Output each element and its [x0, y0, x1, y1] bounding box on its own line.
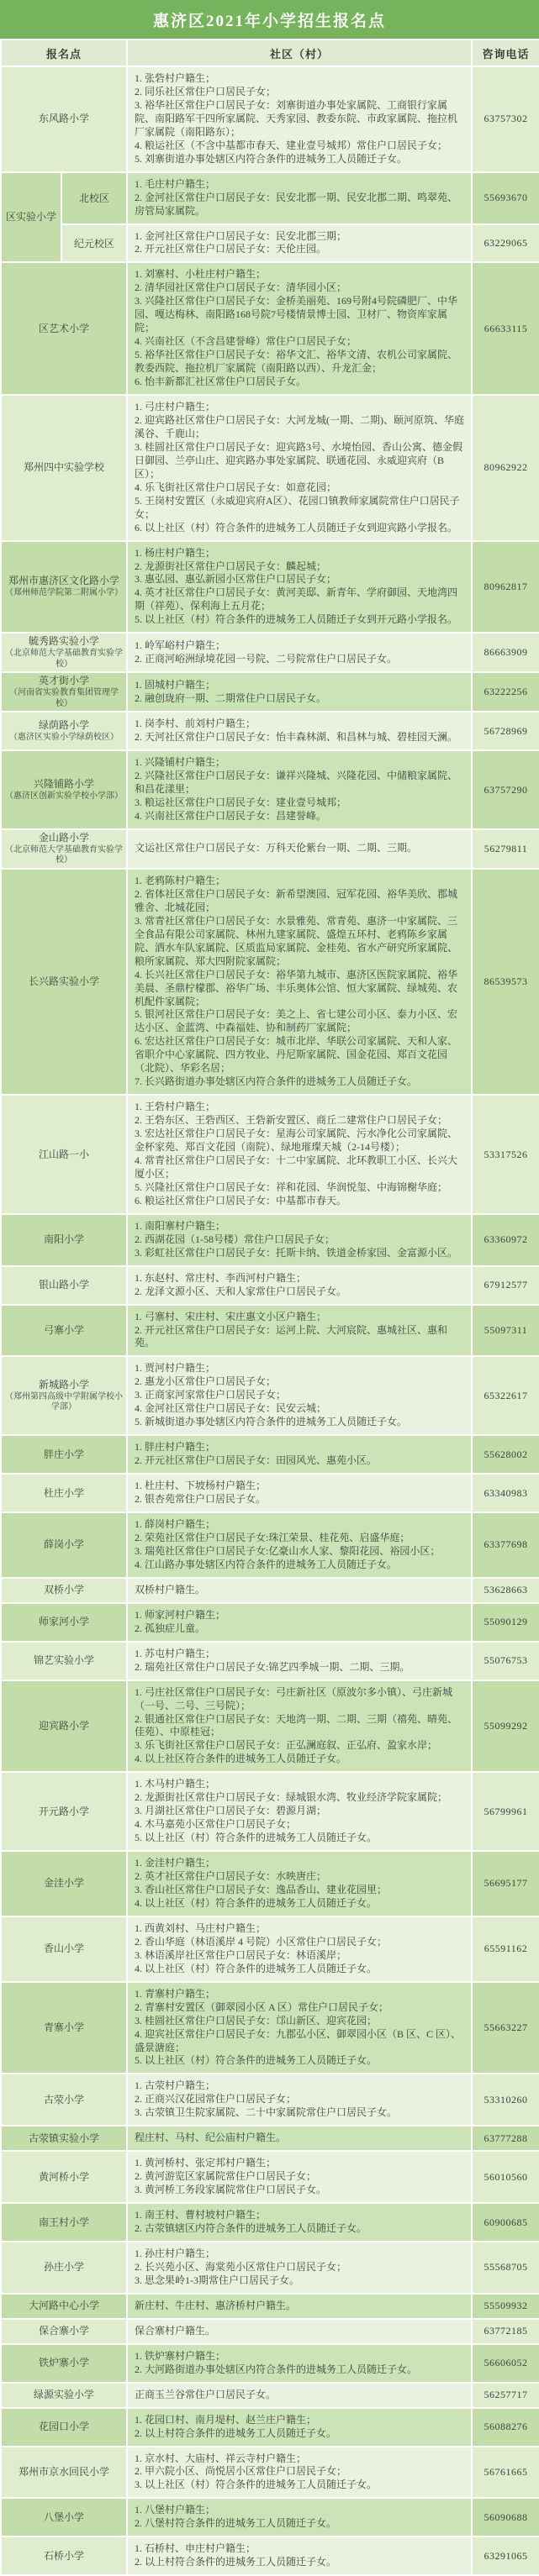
school-name-cell: 杜庄小学: [1, 1474, 127, 1512]
table-row: 江山路一小1. 王砦村户籍生；2. 王砦东区、王砦西区、王砦新安置区、商丘二建常…: [1, 1095, 539, 1214]
community-item: 3. 粮运社区常住户口居民子女：建业壹号城邦；: [135, 796, 464, 810]
community-list-cell: 1. 铁炉寨村户籍生；2. 大河路街道办事处辖区内符合条件的进城务工人员随迁子女…: [127, 2344, 472, 2383]
table-row: 孙庄小学1. 孙庄村户籍生；2. 长兴苑小区、海棠苑小区常住户口居民子女；3. …: [1, 2242, 539, 2294]
table-row: 南阳小学1. 南阳寨村户籍生；2. 西湖花园（1-58号楼）常住户口居民子女；3…: [1, 1214, 539, 1266]
phone-cell: 55568705: [472, 2242, 539, 2294]
school-name: 师家河小学: [39, 1616, 89, 1627]
community-item: 1. 师家河村户籍生；: [135, 1609, 464, 1622]
community-item: 3. 香山社区常住户口居民子女：逸品香山、建业花园里；: [135, 1884, 464, 1897]
phone-cell: 63229065: [472, 224, 539, 263]
community-list-cell: 正商玉兰谷常住户口居民子女。: [127, 2383, 472, 2408]
school-name: 双桥小学: [44, 1584, 84, 1596]
community-item: 2. 荣苑社区常住户口居民子女:珠江荣景、桂花苑、启盛华庭；: [135, 1532, 464, 1545]
school-name: 银山路小学: [39, 1279, 89, 1291]
school-subtitle: （郑州第四高级中学附属学校小学部）: [3, 1392, 124, 1413]
school-name: 杜庄小学: [44, 1487, 84, 1499]
community-item: 2. 青寨村安置区（御翠园小区 A 区）常住户口居民子女；: [135, 2001, 464, 2015]
community-list-cell: 1. 金河社区常住户口居民子女：民安北郡三期；2. 开元社区常住户口居民子女：天…: [127, 224, 472, 263]
community-item: 1. 京水村、大庙村、祥云寺村户籍生；: [135, 2452, 464, 2466]
school-name-cell: 郑州市惠济区文化路小学（郑州师范学院第二附属小学）: [1, 541, 127, 633]
community-item: 4. 以上社区（村）符合条件的进城务工人员随迁子女。: [135, 1963, 464, 1976]
community-item: 1. 孙庄村户籍生；: [135, 2247, 464, 2261]
community-list-cell: 1. 薛岗村户籍生；2. 荣苑社区常住户口居民子女:珠江荣景、桂花苑、启盛华庭；…: [127, 1512, 472, 1578]
community-item: 2. 正商兴汉花园常住户口居民子女；: [135, 2093, 464, 2106]
community-item: 5. 以上社区（村）符合条件的进城务工人员随迁子女。: [135, 2054, 464, 2068]
phone-cell: 63377698: [472, 1512, 539, 1578]
community-list-cell: 1. 张砦村户籍生；2. 同乐社区常住户口居民子女；3. 裕华社区常住户口居民子…: [127, 66, 472, 172]
community-item: 3. 桂圆社区常住户口居民子女：邙山新区、迎宾花园；: [135, 2015, 464, 2028]
phone-cell: 55076753: [472, 1642, 539, 1680]
column-header-phone: 咨询电话: [472, 39, 539, 66]
school-name: 保合寨小学: [39, 2325, 89, 2337]
community-list-cell: 1. 古荥村户籍生；2. 正商兴汉花园常住户口居民子女；3. 古荥镇卫生院家属院…: [127, 2074, 472, 2126]
campus-name-cell: 北校区: [61, 172, 127, 224]
school-name-cell: 大河路中心小学: [1, 2294, 127, 2319]
community-item: 1. 兴隆铺村户籍生；: [135, 756, 464, 770]
table-row: 石桥小学1. 石桥村、申庄村户籍生；2. 以上村符合条件的进城务工人员随迁子女。…: [1, 2537, 539, 2575]
community-list-cell: 1. 金洼村户籍生；2. 英才社区常住户口居民子女：水映唐庄；3. 香山社区常住…: [127, 1851, 472, 1916]
community-item: 6. 以上社区（村）符合条件的进城务工人员随迁子女到迎宾路小学报名。: [135, 522, 464, 535]
community-list-cell: 1. 孙庄村户籍生；2. 长兴苑小区、海棠苑小区常住户口居民子女；3. 思念果岭…: [127, 2242, 472, 2294]
table-row: 香山小学1. 西黄刘村、马庄村户籍生；2. 香山华庭（林语溪岸 4 号院）小区常…: [1, 1916, 539, 1982]
table-row: 长兴路实验小学1. 老鸦陈村户籍生；2. 省体社区常住户口居民子女：新希望澳园、…: [1, 869, 539, 1095]
school-name: 郑州市惠济区文化路小学: [8, 575, 119, 586]
community-item: 2. 天河社区常住户口居民子女：怡丰森林湖、和昌林与城、碧桂园天澜。: [135, 731, 464, 744]
community-list-cell: 1. 青寨村户籍生；2. 青寨村安置区（御翠园小区 A 区）常住户口居民子女；3…: [127, 1982, 472, 2074]
school-name: 古荥镇实验小学: [29, 2132, 99, 2144]
community-item: 5. 王岗村安置区（永威迎宾府A区）、花园口镇教师家属院常住户口居民子女；: [135, 495, 464, 522]
community-item: 5. 新城街道办事处辖区内符合条件的进城务工人员随迁子女。: [135, 1416, 464, 1429]
school-name-cell: 郑州市京水回民小学: [1, 2447, 127, 2499]
phone-cell: 55097311: [472, 1305, 539, 1357]
school-subtitle: （北京师范大学基础教育实验学校）: [3, 845, 124, 866]
community-item: 4. 以上社区符合条件的进城务工人员随迁子女。: [135, 1753, 464, 1766]
table-row: 双桥小学双桥村户籍生。53628663: [1, 1578, 539, 1603]
school-name-cell: 铁炉寨小学: [1, 2344, 127, 2383]
phone-cell: 55099292: [472, 1680, 539, 1773]
community-item: 2. 省体社区常住户口居民子女：新希望澳园、冠军花园、裕华美欣、郡城雅舍、北城花…: [135, 888, 464, 915]
community-list-cell: 1. 刘寨村、小杜庄村户籍生；2. 清华园社区常住户口居民子女：清华园小区；3.…: [127, 262, 472, 395]
community-item: 1. 杨庄村户籍生；: [135, 547, 464, 560]
school-subtitle: （河南省实验教育集团管理学校）: [3, 688, 124, 709]
school-name-cell: 青寨小学: [1, 1982, 127, 2074]
school-name: 东风路小学: [39, 113, 89, 124]
community-item: 3. 兴隆社区常住户口居民子女：金桥美丽苑、169号附4号院磷肥厂、中华园、嘎达…: [135, 295, 464, 335]
school-name: 大河路中心小学: [29, 2300, 99, 2311]
community-item: 1. 木马村户籍生；: [135, 1778, 464, 1791]
community-item: 4. 英才社区常住户口居民子女：黄河美邸、新青年、学府御园、天地湾四期（祥苑）、…: [135, 586, 464, 613]
community-list-cell: 1. 固城村户籍生；2. 融创珑府一期、二期常住户口居民子女。: [127, 672, 472, 712]
community-item: 2. 龙源街社区常住户口居民子女：麟起城；: [135, 560, 464, 574]
school-name-cell: 区艺术小学: [1, 262, 127, 395]
community-item: 2. 八堡村符合条件的进城务工人员随迁子女。: [135, 2517, 464, 2531]
community-item: 2. 龙源街社区常住户口居民子女：绿城银水湾、牧业经济学院家属院；: [135, 1791, 464, 1805]
community-item: 1. 东赵村、常庄村、李西河村户籍生；: [135, 1272, 464, 1285]
community-item: 文运社区常住户口居民子女：万科天伦紫台一期、二期、三期。: [135, 842, 464, 855]
community-list-cell: 1. 木马村户籍生；2. 龙源街社区常住户口居民子女：绿城银水湾、牧业经济学院家…: [127, 1772, 472, 1851]
table-row: 绿源实验小学正商玉兰谷常住户口居民子女。56257717: [1, 2383, 539, 2408]
community-list-cell: 双桥村户籍生。: [127, 1578, 472, 1603]
community-item: 6. 宏达社区常住户口居民子女：城市北岸、华联公司家属院、天和人家、省职介中心家…: [135, 1035, 464, 1075]
community-item: 3. 瑞苑社区常住户口居民子女:亿豪山水人家、黎阳花园、裕园小区；: [135, 1545, 464, 1559]
school-name: 英才街小学: [39, 675, 89, 686]
school-name: 新城路小学: [39, 1379, 89, 1391]
phone-cell: 60900685: [472, 2203, 539, 2242]
community-list-cell: 保合寨村户籍生。: [127, 2319, 472, 2344]
school-name: 花园口小学: [39, 2421, 89, 2432]
community-list-cell: 1. 兴隆铺村户籍生；2. 兴隆社区常住户口居民子女：谦祥兴隆城、兴隆花园、中储…: [127, 750, 472, 829]
phone-cell: 53628663: [472, 1578, 539, 1603]
table-row: 兴隆铺路小学（惠济区创新实验学校小学部）1. 兴隆铺村户籍生；2. 兴隆社区常住…: [1, 750, 539, 829]
community-list-cell: 1. 弓庄村户籍生；2. 迎宾路社区常住户口居民子女：大河龙城(一期、二期)、颐…: [127, 395, 472, 541]
community-item: 1. 胖庄村户籍生；: [135, 1441, 464, 1454]
community-item: 新庄村、牛庄村、惠济桥村户籍生。: [135, 2300, 464, 2313]
school-name: 香山小学: [44, 1943, 84, 1954]
community-item: 保合寨村户籍生。: [135, 2325, 464, 2338]
community-list-cell: 1. 弓庄社区常住户口居民子女：弓庄新社区（原波尔多小镇）、弓庄新城（一号、二号…: [127, 1680, 472, 1773]
table-row: 胖庄小学1. 胖庄村户籍生；2. 开元社区常住户口居民子女：田园风光、惠苑小区。…: [1, 1435, 539, 1474]
school-name-cell: 新城路小学（郑州第四高级中学附属学校小学部）: [1, 1356, 127, 1435]
title-bar: 惠济区2021年小学招生报名点: [0, 0, 539, 39]
table-row: 迎宾路小学1. 弓庄社区常住户口居民子女：弓庄新社区（原波尔多小镇）、弓庄新城（…: [1, 1680, 539, 1773]
table-row: 弓寨小学1. 弓寨村、宋庄村、宋庄惠文小区户籍生；2. 开元社区常住户口居民子女…: [1, 1305, 539, 1357]
community-list-cell: 新庄村、牛庄村、惠济桥村户籍生。: [127, 2294, 472, 2319]
phone-cell: 80962817: [472, 541, 539, 633]
community-item: 2. 兴隆社区常住户口居民子女：谦祥兴隆城、兴隆花园、中储粮家属院、和昌花漾里；: [135, 770, 464, 796]
school-name-cell: 兴隆铺路小学（惠济区创新实验学校小学部）: [1, 750, 127, 829]
school-name-cell: 薛岗小学: [1, 1512, 127, 1578]
school-name-cell: 南阳小学: [1, 1214, 127, 1266]
phone-cell: 55509932: [472, 2294, 539, 2319]
school-name-cell: 绿源实验小学: [1, 2383, 127, 2408]
community-item: 双桥村户籍生。: [135, 1584, 464, 1597]
community-item: 2. 银杏苑常住户口居民子女。: [135, 1493, 464, 1506]
community-item: 1. 弓寨村、宋庄村、宋庄惠文小区户籍生；: [135, 1311, 464, 1324]
community-item: 5. 刘寨街道办事处辖区内符合条件的进城务工人员随迁子女。: [135, 153, 464, 166]
school-name: 郑州四中实验学校: [24, 461, 104, 473]
community-item: 2. 开元社区常住户口居民子女：田园风光、惠苑小区。: [135, 1454, 464, 1468]
community-list-cell: 1. 石桥村、申庄村户籍生；2. 以上村符合条件的进城务工人员随迁子女。: [127, 2537, 472, 2575]
school-name: 金山路小学: [39, 832, 89, 844]
table-row: 黄河桥小学1. 黄河桥村、张定邦村户籍生；2. 黄河游览区家属院常住户口居民子女…: [1, 2151, 539, 2203]
phone-cell: 56728969: [472, 712, 539, 750]
community-item: 2. 开元社区常住户口居民子女：运河上院、大河宸院、惠城社区、惠和苑。: [135, 1324, 464, 1351]
school-name-cell: 开元路小学: [1, 1772, 127, 1851]
page: 惠济区2021年小学招生报名点 报名点 社区（村） 咨询电话 东风路小学1. 张…: [0, 0, 539, 2576]
phone-cell: 56088276: [472, 2408, 539, 2447]
school-name: 金洼小学: [44, 1877, 84, 1889]
school-name-cell: 古荥镇实验小学: [1, 2126, 127, 2151]
table-row: 花园口小学1. 花园口村、南月堤村、赵兰庄户籍生；2. 以上村符合条件的进城务工…: [1, 2408, 539, 2447]
community-item: 4. 江山路办事处辖区内符合条件的进城务工人员随迁子女。: [135, 1559, 464, 1572]
school-name-cell: 银山路小学: [1, 1266, 127, 1305]
phone-cell: 56010560: [472, 2151, 539, 2203]
table-row: 金山路小学（北京师范大学基础教育实验学校）文运社区常住户口居民子女：万科天伦紫台…: [1, 829, 539, 869]
community-list-cell: 文运社区常住户口居民子女：万科天伦紫台一期、二期、三期。: [127, 829, 472, 869]
community-item: 1. 南阳寨村户籍生；: [135, 1220, 464, 1233]
school-name-cell: 胖庄小学: [1, 1435, 127, 1474]
phone-cell: 65322617: [472, 1356, 539, 1435]
school-name: 开元路小学: [39, 1806, 89, 1817]
school-name-cell: 保合寨小学: [1, 2319, 127, 2344]
community-item: 4. 兴南社区（不含昌建誉峰）常住户口居民子女；: [135, 335, 464, 349]
community-item: 1. 石桥村、申庄村户籍生；: [135, 2542, 464, 2556]
community-item: 3. 裕华社区常住户口居民子女：刘寨街道办事处家属院、工商银行家属院、南阳路军干…: [135, 99, 464, 139]
school-name-cell: 长兴路实验小学: [1, 869, 127, 1095]
community-list-cell: 1. 南阳寨村户籍生；2. 西湖花园（1-58号楼）常住户口居民子女；3. 彩虹…: [127, 1214, 472, 1266]
table-row: 新城路小学（郑州第四高级中学附属学校小学部）1. 贾河村户籍生；2. 惠龙小区常…: [1, 1356, 539, 1435]
phone-cell: 56695177: [472, 1851, 539, 1916]
table-row: 郑州市京水回民小学1. 京水村、大庙村、祥云寺村户籍生；2. 甲六院小区、尚悦居…: [1, 2447, 539, 2499]
school-name-cell: 区实验小学: [1, 172, 61, 263]
table-row: 大河路中心小学新庄村、牛庄村、惠济桥村户籍生。55509932: [1, 2294, 539, 2319]
community-list-cell: 1. 八堡村户籍生；2. 八堡村符合条件的进城务工人员随迁子女。: [127, 2498, 472, 2537]
community-item: 2. 长兴苑小区、海棠苑小区常住户口居民子女；: [135, 2261, 464, 2274]
school-name-cell: 金山路小学（北京师范大学基础教育实验学校）: [1, 829, 127, 869]
community-item: 1. 花园口村、南月堤村、赵兰庄户籍生；: [135, 2414, 464, 2427]
community-item: 4. 常青社区常住户口居民子女：十二中家属院、北环教职工小区、长兴大厦小区；: [135, 1154, 464, 1181]
community-item: 3. 古荥镇卫生院家属院、二十中家属院常住户口居民子女。: [135, 2106, 464, 2120]
school-name-cell: 石桥小学: [1, 2537, 127, 2575]
community-item: 3. 月湖社区常住户口居民子女：碧源月湖；: [135, 1805, 464, 1818]
community-item: 3. 常青社区常住户口居民子女：水景雅苑、常青苑、惠济一中家属院、三全食品有限公…: [135, 915, 464, 969]
school-name: 薛岗小学: [44, 1538, 84, 1550]
registration-table: 报名点 社区（村） 咨询电话 东风路小学1. 张砦村户籍生；2. 同乐社区常住户…: [0, 39, 539, 2576]
table-row: 古荥小学1. 古荥村户籍生；2. 正商兴汉花园常住户口居民子女；3. 古荥镇卫生…: [1, 2074, 539, 2126]
phone-cell: 56761665: [472, 2447, 539, 2499]
school-name-cell: 香山小学: [1, 1916, 127, 1982]
table-row: 古荥镇实验小学程庄村、马村、纪公庙村户籍生。63777288: [1, 2126, 539, 2151]
community-item: 2. 同乐社区常住户口居民子女；: [135, 86, 464, 99]
school-name: 南阳小学: [44, 1233, 84, 1245]
community-item: 3. 惠弘园、惠弘新园小区常住户口居民子女；: [135, 573, 464, 586]
table-row: 锦艺实验小学1. 苏屯村户籍生；2. 瑞苑社区常住户口居民子女:锦艺四季城一期、…: [1, 1642, 539, 1680]
community-list-cell: 1. 南王村、曹村坡村户籍生；2. 古荥镇辖区内符合条件的进城务工人员随迁子女。: [127, 2203, 472, 2242]
community-item: 1. 黄河桥村、张定邦村户籍生；: [135, 2157, 464, 2170]
community-item: 1. 金洼村户籍生；: [135, 1857, 464, 1870]
community-item: 1. 固城村户籍生；: [135, 679, 464, 692]
community-list-cell: 1. 胖庄村户籍生；2. 开元社区常住户口居民子女：田园风光、惠苑小区。: [127, 1435, 472, 1474]
community-item: 程庄村、马村、纪公庙村户籍生。: [135, 2132, 464, 2145]
community-item: 3. 宏达社区常住户口居民子女：星海公司家属院、污水净化公司家属院、金杯家苑、郑…: [135, 1128, 464, 1154]
community-item: 3. 林语溪岸社区常住户口居民子女：林语溪岸；: [135, 1949, 464, 1963]
community-item: 6. 粮运社区常住户口居民子女：中基都市春天。: [135, 1195, 464, 1208]
phone-cell: 86663909: [472, 633, 539, 672]
school-name-cell: 弓寨小学: [1, 1305, 127, 1357]
phone-cell: 63757302: [472, 66, 539, 172]
community-list-cell: 程庄村、马村、纪公庙村户籍生。: [127, 2126, 472, 2151]
community-item: 正商玉兰谷常住户口居民子女。: [135, 2389, 464, 2402]
community-item: 4. 迎宾社区常住户口居民子女：九郡弘小区、御翠园小区（B 区、C 区）、盛景溏…: [135, 2028, 464, 2055]
table-row: 英才街小学（河南省实验教育集团管理学校）1. 固城村户籍生；2. 融创珑府一期、…: [1, 672, 539, 712]
header-row: 报名点 社区（村） 咨询电话: [1, 39, 539, 66]
phone-cell: 80962922: [472, 395, 539, 541]
school-name: 锦艺实验小学: [34, 1654, 94, 1666]
community-item: 2. 清华园社区常住户口居民子女：清华园小区；: [135, 281, 464, 295]
phone-cell: 67912577: [472, 1266, 539, 1305]
table-row: 保合寨小学保合寨村户籍生。63772185: [1, 2319, 539, 2344]
phone-cell: 63772185: [472, 2319, 539, 2344]
phone-cell: 56257717: [472, 2383, 539, 2408]
community-item: 2. 大河路街道办事处辖区内符合条件的进城务工人员随迁子女。: [135, 2363, 464, 2377]
community-item: 1. 南王村、曹村坡村户籍生；: [135, 2209, 464, 2222]
community-item: 7. 长兴路街道办事处辖区内符合条件的进城务工人员随迁子女。: [135, 1075, 464, 1089]
phone-cell: 55628002: [472, 1435, 539, 1474]
school-name-cell: 金洼小学: [1, 1851, 127, 1916]
school-name: 南王村小学: [39, 2216, 89, 2228]
community-item: 2. 王砦东区、王砦西区、王砦新安置区、商丘二建常住户口居民子女；: [135, 1114, 464, 1128]
table-row: 绿荫路小学（惠济区实验小学绿荫校区）1. 岗李村、前刘村户籍生；2. 天河社区常…: [1, 712, 539, 750]
school-name: 区艺术小学: [39, 323, 89, 334]
community-list-cell: 1. 东赵村、常庄村、李西河村户籍生；2. 龙泽文源小区、天和人家常住户口居民子…: [127, 1266, 472, 1305]
column-header-school: 报名点: [1, 39, 127, 66]
phone-cell: 55090129: [472, 1603, 539, 1642]
community-item: 5. 以上社区（村）符合条件的进城务工人员随迁子女到开元路小学报名。: [135, 613, 464, 627]
table-row: 铁炉寨小学1. 铁炉寨村户籍生；2. 大河路街道办事处辖区内符合条件的进城务工人…: [1, 2344, 539, 2383]
table-row: 金洼小学1. 金洼村户籍生；2. 英才社区常住户口居民子女：水映唐庄；3. 香山…: [1, 1851, 539, 1916]
community-item: 3. 彩虹社区常住户口居民子女：托斯卡纳、铁道金桥家园、金富源小区。: [135, 1247, 464, 1260]
table-row: 师家河小学1. 师家河村户籍生；2. 孤独症儿童。55090129: [1, 1603, 539, 1642]
community-item: 2. 迎宾路社区常住户口居民子女：大河龙城(一期、二期)、颐河原筑、华庭溪谷、千…: [135, 414, 464, 441]
community-item: 3. 黄河桥工务段家属院常住户口居民子女。: [135, 2184, 464, 2197]
community-item: 3. 桂圆社区常住户口居民子女：迎宾路3号、水境怡园、香山公寓、德金假日御园、兰…: [135, 441, 464, 481]
page-title: 惠济区2021年小学招生报名点: [153, 8, 386, 31]
school-name-cell: 绿荫路小学（惠济区实验小学绿荫校区）: [1, 712, 127, 750]
school-name-cell: 东风路小学: [1, 66, 127, 172]
school-name: 长兴路实验小学: [29, 975, 99, 987]
community-item: 4. 兴南社区常住户口居民子女：昌建誉峰。: [135, 810, 464, 823]
community-item: 2. 以上村符合条件的进城务工人员随迁子女。: [135, 2427, 464, 2441]
community-list-cell: 1. 杜庄村、下坡杨村户籍生；2. 银杏苑常住户口居民子女。: [127, 1474, 472, 1512]
community-list-cell: 1. 毛庄村户籍生；2. 金河社区常住户口居民子女：民安北郡一期、民安北郡二期、…: [127, 172, 472, 224]
community-item: 2. 甲六院小区、尚悦居小区常住户口居民子女；: [135, 2465, 464, 2479]
community-item: 1. 薛岗村户籍生；: [135, 1518, 464, 1532]
school-name: 石桥小学: [44, 2550, 84, 2562]
community-list-cell: 1. 花园口村、南月堤村、赵兰庄户籍生；2. 以上村符合条件的进城务工人员随迁子…: [127, 2408, 472, 2447]
school-name: 绿源实验小学: [34, 2389, 94, 2400]
community-item: 3. 思念果岭1-3期常住户口居民子女。: [135, 2274, 464, 2288]
school-name: 胖庄小学: [44, 1448, 84, 1460]
phone-cell: 53317526: [472, 1095, 539, 1214]
community-item: 1. 张砦村户籍生；: [135, 72, 464, 86]
phone-cell: 63757290: [472, 750, 539, 829]
community-item: 1. 铁炉寨村户籍生；: [135, 2350, 464, 2363]
phone-cell: 63222256: [472, 672, 539, 712]
community-item: 5. 以上社区（村）符合条件的进城务工人员随迁子女。: [135, 1832, 464, 1845]
community-item: 4. 木马嘉苑小区常住户口居民子女；: [135, 1818, 464, 1832]
table-row: 郑州四中实验学校1. 弓庄村户籍生；2. 迎宾路社区常住户口居民子女：大河龙城(…: [1, 395, 539, 541]
community-item: 1. 西黄刘村、马庄村户籍生；: [135, 1922, 464, 1936]
community-item: 2. 银通社区常住户口居民子女：天地湾一期、二期、三期（禧苑、晴苑、佳苑）、中原…: [135, 1713, 464, 1740]
school-name: 铁炉寨小学: [39, 2357, 89, 2368]
school-name: 迎宾路小学: [39, 1720, 89, 1732]
phone-cell: 53310260: [472, 2074, 539, 2126]
school-name: 弓寨小学: [44, 1324, 84, 1336]
phone-cell: 66633115: [472, 262, 539, 395]
community-item: 1. 岭军峪村户籍生；: [135, 639, 464, 653]
table-row: 纪元校区1. 金河社区常住户口居民子女：民安北郡三期；2. 开元社区常住户口居民…: [1, 224, 539, 263]
campus-name-cell: 纪元校区: [61, 224, 127, 263]
school-name-cell: 锦艺实验小学: [1, 1642, 127, 1680]
community-item: 4. 长兴社区常住户口居民子女：裕华第九城市、惠济区医院家属院、裕华美晨、圣鼎柠…: [135, 969, 464, 1009]
school-name-cell: 英才街小学（河南省实验教育集团管理学校）: [1, 672, 127, 712]
community-list-cell: 1. 京水村、大庙村、祥云寺村户籍生；2. 甲六院小区、尚悦居小区常住户口居民子…: [127, 2447, 472, 2499]
community-item: 1. 弓庄社区常住户口居民子女：弓庄新社区（原波尔多小镇）、弓庄新城（一号、二号…: [135, 1686, 464, 1713]
school-subtitle: （惠济区实验小学绿荫校区）: [3, 733, 124, 744]
school-name-cell: 古荥小学: [1, 2074, 127, 2126]
school-name-cell: 师家河小学: [1, 1603, 127, 1642]
community-item: 1. 弓庄村户籍生；: [135, 401, 464, 414]
community-item: 4. 粮运社区（不含中基都市春天、建业壹号城邦）常住户口居民子女；: [135, 139, 464, 153]
school-name: 孙庄小学: [44, 2261, 84, 2273]
community-item: 3. 以上社区（村）符合条件的进城务工人员随迁子女。: [135, 2479, 464, 2492]
phone-cell: 86539573: [472, 869, 539, 1095]
school-name-cell: 江山路一小: [1, 1095, 127, 1214]
school-subtitle: （惠济区创新实验学校小学部）: [3, 791, 124, 802]
column-header-community: 社区（村）: [127, 39, 472, 66]
community-item: 1. 古荥村户籍生；: [135, 2079, 464, 2093]
community-item: 1. 苏屯村户籍生；: [135, 1648, 464, 1661]
school-subtitle: （郑州师范学院第二附属小学）: [3, 588, 124, 599]
community-item: 1. 贾河村户籍生；: [135, 1362, 464, 1375]
phone-cell: 56090688: [472, 2498, 539, 2537]
school-name: 兴隆铺路小学: [34, 778, 94, 790]
table-row: 银山路小学1. 东赵村、常庄村、李西河村户籍生；2. 龙泽文源小区、天和人家常住…: [1, 1266, 539, 1305]
table-row: 开元路小学1. 木马村户籍生；2. 龙源街社区常住户口居民子女：绿城银水湾、牧业…: [1, 1772, 539, 1851]
community-list-cell: 1. 师家河村户籍生；2. 孤独症儿童。: [127, 1603, 472, 1642]
phone-cell: 56606052: [472, 2344, 539, 2383]
school-name: 区实验小学: [6, 211, 56, 223]
table-row: 杜庄小学1. 杜庄村、下坡杨村户籍生；2. 银杏苑常住户口居民子女。633409…: [1, 1474, 539, 1512]
community-item: 2. 香山华庭（林语溪岸 4 号院）小区常住户口居民子女；: [135, 1936, 464, 1949]
school-subtitle: （北京师范大学基础教育实验学校）: [3, 649, 124, 670]
school-name: 青寨小学: [44, 2021, 84, 2033]
school-name: 江山路一小: [39, 1149, 89, 1160]
community-item: 1. 八堡村户籍生；: [135, 2504, 464, 2517]
phone-cell: 63777288: [472, 2126, 539, 2151]
phone-cell: 55663227: [472, 1982, 539, 2074]
school-name: 绿荫路小学: [39, 719, 89, 731]
community-list-cell: 1. 贾河村户籍生；2. 惠龙小区常住户口居民子女；3. 正商家河家常住户口居民…: [127, 1356, 472, 1435]
table-row: 薛岗小学1. 薛岗村户籍生；2. 荣苑社区常住户口居民子女:珠江荣景、桂花苑、启…: [1, 1512, 539, 1578]
community-item: 6. 怡丰新都汇社区常住户口居民子女。: [135, 376, 464, 389]
community-item: 5. 兴隆社区常住户口居民子女：祥和花园、华润悦玺、中海锦榭华庭；: [135, 1181, 464, 1195]
community-item: 4. 乐飞街社区常住户口居民子女：如意花园；: [135, 481, 464, 495]
community-list-cell: 1. 黄河桥村、张定邦村户籍生；2. 黄河游览区家属院常住户口居民子女；3. 黄…: [127, 2151, 472, 2203]
community-item: 5. 银河社区常住户口居民子女：美之上、省七建公司小区、泰力小区、宏达小区、金蓝…: [135, 1008, 464, 1035]
community-item: 2. 开元社区常住户口居民子女：天伦庄园。: [135, 243, 464, 256]
table-row: 青寨小学1. 青寨村户籍生；2. 青寨村安置区（御翠园小区 A 区）常住户口居民…: [1, 1982, 539, 2074]
community-item: 2. 惠龙小区常住户口居民子女；: [135, 1375, 464, 1389]
phone-cell: 65591162: [472, 1916, 539, 1982]
community-item: 2. 古荥镇辖区内符合条件的进城务工人员随迁子女。: [135, 2222, 464, 2236]
community-item: 2. 孤独症儿童。: [135, 1622, 464, 1636]
community-list-cell: 1. 杨庄村户籍生；2. 龙源街社区常住户口居民子女：麟起城；3. 惠弘园、惠弘…: [127, 541, 472, 633]
phone-cell: 55693670: [472, 172, 539, 224]
community-item: 3. 正商家河家常住户口居民子女；: [135, 1389, 464, 1402]
phone-cell: 63360972: [472, 1214, 539, 1266]
community-item: 1. 青寨村户籍生；: [135, 1988, 464, 2001]
phone-cell: 63340983: [472, 1474, 539, 1512]
community-item: 2. 融创珑府一期、二期常住户口居民子女。: [135, 692, 464, 706]
community-list-cell: 1. 西黄刘村、马庄村户籍生；2. 香山华庭（林语溪岸 4 号院）小区常住户口居…: [127, 1916, 472, 1982]
community-item: 1. 杜庄村、下坡杨村户籍生；: [135, 1480, 464, 1493]
community-item: 3. 乐飞街社区常住户口居民子女：正弘澜庭叙、正弘府、盈家水岸；: [135, 1739, 464, 1753]
table-row: 区实验小学北校区1. 毛庄村户籍生；2. 金河社区常住户口居民子女：民安北郡一期…: [1, 172, 539, 224]
table-row: 八堡小学1. 八堡村户籍生；2. 八堡村符合条件的进城务工人员随迁子女。5609…: [1, 2498, 539, 2537]
table-row: 毓秀路实验小学（北京师范大学基础教育实验学校）1. 岭军峪村户籍生；2. 正商河…: [1, 633, 539, 672]
school-name-cell: 郑州四中实验学校: [1, 395, 127, 541]
